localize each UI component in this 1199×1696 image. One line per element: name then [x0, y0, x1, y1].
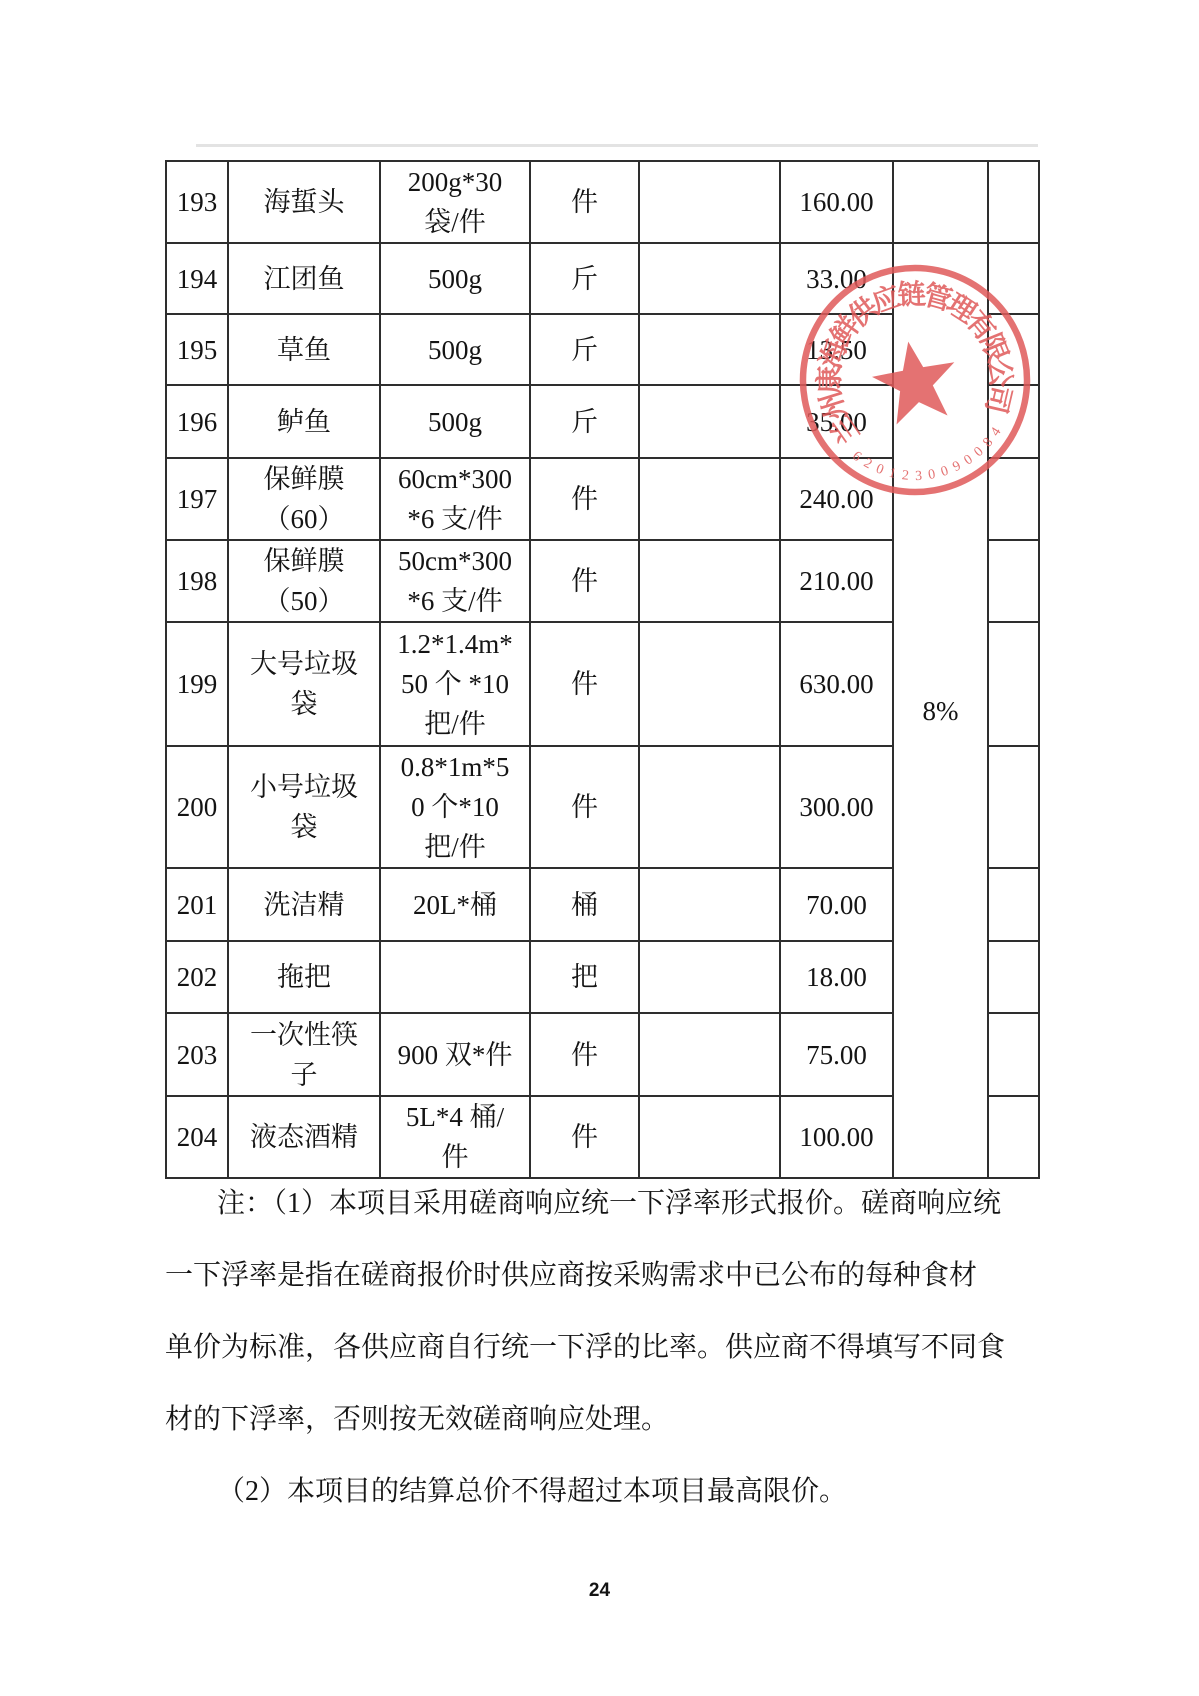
cell-blank: [639, 243, 780, 314]
cell-no: 198: [166, 540, 228, 622]
table-row: 193海蜇头200g*30 袋/件件160.00: [166, 161, 1039, 243]
cell-price: 210.00: [780, 540, 893, 622]
document-page: 193海蜇头200g*30 袋/件件160.00194江团鱼500g斤33.00…: [0, 0, 1199, 1696]
cell-blank: [639, 1096, 780, 1178]
cell-last-empty: [988, 868, 1039, 941]
note-line: 单价为标准，各供应商自行统一下浮的比率。供应商不得填写不同食: [165, 1312, 1047, 1384]
cell-unit: 件: [530, 746, 639, 868]
cell-price: 300.00: [780, 746, 893, 868]
cell-last-empty: [988, 1013, 1039, 1096]
cell-price: 70.00: [780, 868, 893, 941]
cell-name: 草鱼: [228, 314, 380, 385]
cell-no: 196: [166, 385, 228, 458]
cell-spec: 20L*桶: [380, 868, 530, 941]
cell-no: 197: [166, 458, 228, 540]
cell-unit: 件: [530, 458, 639, 540]
note-line: （2）本项目的结算总价不得超过本项目最高限价。: [165, 1456, 1047, 1528]
price-table: 193海蜇头200g*30 袋/件件160.00194江团鱼500g斤33.00…: [165, 160, 1040, 1179]
cell-spec: 900 双*件: [380, 1013, 530, 1096]
cell-blank: [639, 540, 780, 622]
cell-last-empty: [988, 314, 1039, 385]
cell-unit: 件: [530, 540, 639, 622]
note-line: 注：（1）本项目采用磋商响应统一下浮率形式报价。磋商响应统: [165, 1168, 1047, 1240]
cell-blank: [639, 868, 780, 941]
cell-last-empty: [988, 622, 1039, 746]
cell-name: 保鲜膜 （60）: [228, 458, 380, 540]
cell-name: 江团鱼: [228, 243, 380, 314]
cell-no: 203: [166, 1013, 228, 1096]
cell-spec: 60cm*300 *6 支/件: [380, 458, 530, 540]
cell-unit: 件: [530, 161, 639, 243]
cell-name: 拖把: [228, 941, 380, 1013]
cell-spec: 0.8*1m*5 0 个*10 把/件: [380, 746, 530, 868]
cell-last-empty: [988, 941, 1039, 1013]
cell-blank: [639, 746, 780, 868]
cell-name: 一次性筷 子: [228, 1013, 380, 1096]
cell-price: 160.00: [780, 161, 893, 243]
cell-price: 13.50: [780, 314, 893, 385]
cell-spec: 500g: [380, 243, 530, 314]
cell-name: 小号垃圾 袋: [228, 746, 380, 868]
cell-name: 洗洁精: [228, 868, 380, 941]
cell-last-empty: [988, 458, 1039, 540]
cell-spec: 500g: [380, 385, 530, 458]
cell-blank: [639, 161, 780, 243]
cell-last-empty: [988, 243, 1039, 314]
cell-price: 100.00: [780, 1096, 893, 1178]
cell-no: 202: [166, 941, 228, 1013]
cell-spec: 50cm*300 *6 支/件: [380, 540, 530, 622]
page-number: 24: [0, 1580, 1199, 1602]
cell-no: 199: [166, 622, 228, 746]
cell-unit: 斤: [530, 314, 639, 385]
cell-unit: 斤: [530, 243, 639, 314]
cell-name: 液态酒精: [228, 1096, 380, 1178]
cell-no: 200: [166, 746, 228, 868]
cell-unit: 斤: [530, 385, 639, 458]
cell-price: 240.00: [780, 458, 893, 540]
cell-last-empty: [988, 161, 1039, 243]
cell-blank: [639, 941, 780, 1013]
cell-name: 海蜇头: [228, 161, 380, 243]
cell-unit: 把: [530, 941, 639, 1013]
cell-price: 18.00: [780, 941, 893, 1013]
cell-no: 201: [166, 868, 228, 941]
cell-no: 193: [166, 161, 228, 243]
cell-no: 204: [166, 1096, 228, 1178]
cell-no: 195: [166, 314, 228, 385]
cell-unit: 件: [530, 1096, 639, 1178]
cell-name: 保鲜膜 （50）: [228, 540, 380, 622]
cell-spec: 1.2*1.4m* 50 个 *10 把/件: [380, 622, 530, 746]
cell-spec: 200g*30 袋/件: [380, 161, 530, 243]
cell-spec: 5L*4 桶/ 件: [380, 1096, 530, 1178]
note-line: 一下浮率是指在磋商报价时供应商按采购需求中已公布的每种食材: [165, 1240, 1047, 1312]
cell-unit: 件: [530, 1013, 639, 1096]
cell-blank: [639, 314, 780, 385]
scan-artifact-line: [196, 144, 1038, 147]
cell-spec: 500g: [380, 314, 530, 385]
cell-price: 75.00: [780, 1013, 893, 1096]
cell-blank: [639, 458, 780, 540]
table-row: 194江团鱼500g斤33.008%: [166, 243, 1039, 314]
cell-price: 35.00: [780, 385, 893, 458]
cell-last-empty: [988, 746, 1039, 868]
cell-no: 194: [166, 243, 228, 314]
cell-price: 33.00: [780, 243, 893, 314]
cell-price: 630.00: [780, 622, 893, 746]
cell-last-empty: [988, 540, 1039, 622]
cell-last-empty: [988, 385, 1039, 458]
cell-name: 鲈鱼: [228, 385, 380, 458]
cell-name: 大号垃圾 袋: [228, 622, 380, 746]
cell-last-empty: [988, 1096, 1039, 1178]
note-line: 材的下浮率，否则按无效磋商响应处理。: [165, 1384, 1047, 1456]
cell-blank: [639, 1013, 780, 1096]
cell-spec: [380, 941, 530, 1013]
cell-unit: 件: [530, 622, 639, 746]
cell-blank: [639, 622, 780, 746]
notes-block: 注：（1）本项目采用磋商响应统一下浮率形式报价。磋商响应统 一下浮率是指在磋商报…: [165, 1168, 1047, 1528]
cell-blank: [639, 385, 780, 458]
cell-discount-rate: 8%: [893, 243, 988, 1178]
price-table-body: 193海蜇头200g*30 袋/件件160.00194江团鱼500g斤33.00…: [166, 161, 1039, 1178]
cell-discount-empty: [893, 161, 988, 243]
cell-unit: 桶: [530, 868, 639, 941]
